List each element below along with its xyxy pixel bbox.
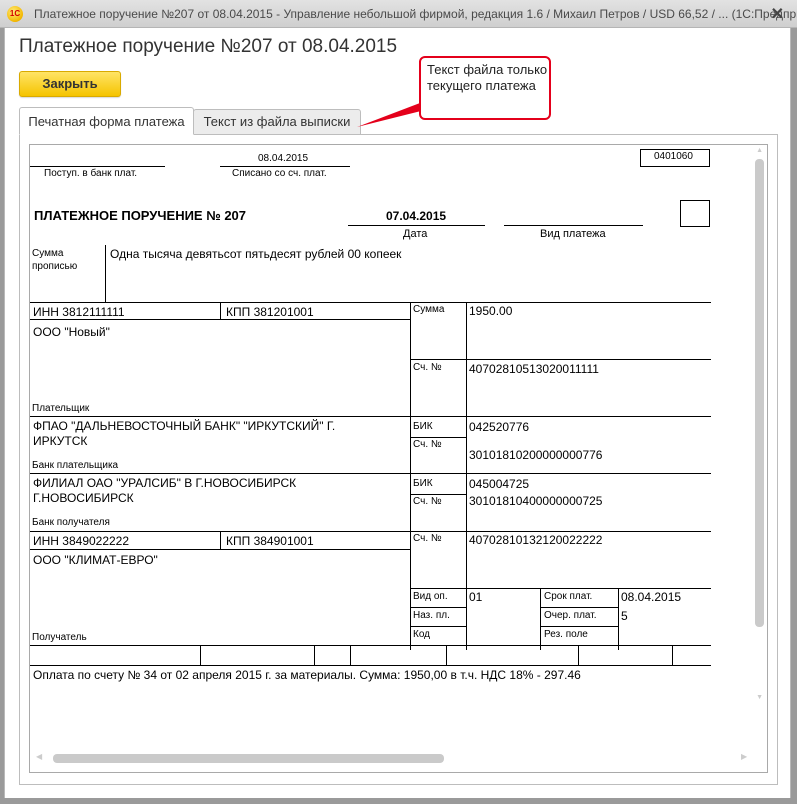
code-label: Код xyxy=(413,629,430,640)
payer-label: Плательщик xyxy=(32,403,89,414)
page-title: Платежное поручение №207 от 08.04.2015 xyxy=(19,36,397,58)
priority-value: 5 xyxy=(621,609,628,623)
payee-inn: ИНН 3849022222 xyxy=(33,534,129,548)
payer-bank-label: Банк плательщика xyxy=(32,460,118,471)
reserve-label: Рез. поле xyxy=(544,629,588,640)
sum-label: Сумма xyxy=(413,304,444,315)
sum-value: 1950.00 xyxy=(469,304,512,318)
1c-logo-icon: 1С xyxy=(7,6,23,22)
payer-bank-line2: ИРКУТСК xyxy=(33,434,87,448)
payee-account: 40702810132120022222 xyxy=(469,533,602,547)
payer-bik-label: БИК xyxy=(413,421,433,432)
due-label: Срок плат. xyxy=(544,591,592,602)
purpose-code-label: Наз. пл. xyxy=(413,610,450,621)
payee-kpp: КПП 384901001 xyxy=(226,534,314,548)
payee-bik-label: БИК xyxy=(413,478,433,489)
spreadsheet-document[interactable]: Поступ. в банк плат. 08.04.2015 Списано … xyxy=(29,144,768,773)
payee-bank-corr: 30101810400000000725 xyxy=(469,494,602,508)
payer-kpp: КПП 381201001 xyxy=(226,305,314,319)
doc-date: 07.04.2015 xyxy=(386,209,446,223)
annotation-callout: Текст файла только текущего платежа xyxy=(419,56,551,120)
payer-bank-bik: 042520776 xyxy=(469,420,529,434)
payee-corr-label: Сч. № xyxy=(413,496,442,507)
amount-words: Одна тысяча девятьсот пятьдесят рублей 0… xyxy=(110,247,401,261)
doc-title: ПЛАТЕЖНОЕ ПОРУЧЕНИЕ № 207 xyxy=(34,208,246,223)
scroll-up-icon[interactable]: ▲ xyxy=(756,147,763,154)
debited-label: Списано со сч. плат. xyxy=(232,168,327,179)
scroll-right-icon[interactable]: ▶ xyxy=(741,752,747,761)
payee-label: Получатель xyxy=(32,632,87,643)
op-type-value: 01 xyxy=(469,590,482,604)
window-close-icon[interactable]: ✕ xyxy=(771,4,784,24)
payee-name: ООО "КЛИМАТ-ЕВРО" xyxy=(33,553,158,567)
scroll-left-icon[interactable]: ◀ xyxy=(36,752,42,761)
payee-bank-label: Банк получателя xyxy=(32,517,110,528)
op-type-label: Вид оп. xyxy=(413,591,448,602)
payee-account-label: Сч. № xyxy=(413,533,442,544)
payment-type-label: Вид платежа xyxy=(540,228,606,240)
debited-date: 08.04.2015 xyxy=(258,153,308,164)
payer-name: ООО "Новый" xyxy=(33,325,110,339)
priority-label: Очер. плат. xyxy=(544,610,597,621)
payer-account: 40702810513020011111 xyxy=(469,362,599,376)
form-client-area: Платежное поручение №207 от 08.04.2015 З… xyxy=(4,28,791,798)
payment-purpose: Оплата по счету № 34 от 02 апреля 2015 г… xyxy=(33,668,581,682)
tab-print-form[interactable]: Печатная форма платежа xyxy=(19,107,194,135)
payee-bank-line2: Г.НОВОСИБИРСК xyxy=(33,491,134,505)
title-bar: 1С Платежное поручение №207 от 08.04.201… xyxy=(0,0,797,28)
received-label: Поступ. в банк плат. xyxy=(44,168,137,179)
form-code: 0401060 xyxy=(654,151,693,162)
tab-statement-text[interactable]: Текст из файла выписки xyxy=(193,109,361,135)
app-window: 1С Платежное поручение №207 от 08.04.201… xyxy=(0,0,797,804)
payer-bank-line1: ФПАО "ДАЛЬНЕВОСТОЧНЫЙ БАНК" "ИРКУТСКИЙ" … xyxy=(33,419,335,433)
window-title: Платежное поручение №207 от 08.04.2015 -… xyxy=(34,7,797,21)
close-button[interactable]: Закрыть xyxy=(19,71,121,97)
due-value: 08.04.2015 xyxy=(621,590,681,604)
payee-bank-line1: ФИЛИАЛ ОАО "УРАЛСИБ" В Г.НОВОСИБИРСК xyxy=(33,476,296,490)
payer-account-label: Сч. № xyxy=(413,362,442,373)
amount-words-label-2: прописью xyxy=(32,261,77,272)
payer-corr-label: Сч. № xyxy=(413,439,442,450)
tab-panel: Поступ. в банк плат. 08.04.2015 Списано … xyxy=(19,134,778,785)
payer-bank-corr: 30101810200000000776 xyxy=(469,448,602,462)
horizontal-scrollbar[interactable] xyxy=(53,754,444,763)
amount-words-label-1: Сумма xyxy=(32,248,63,259)
date-label: Дата xyxy=(403,228,427,240)
payee-bank-bik: 045004725 xyxy=(469,477,529,491)
scroll-down-icon[interactable]: ▼ xyxy=(756,694,763,701)
vertical-scrollbar[interactable] xyxy=(755,159,764,627)
payment-type-box xyxy=(680,200,710,227)
payer-inn: ИНН 3812111111 xyxy=(33,305,125,319)
